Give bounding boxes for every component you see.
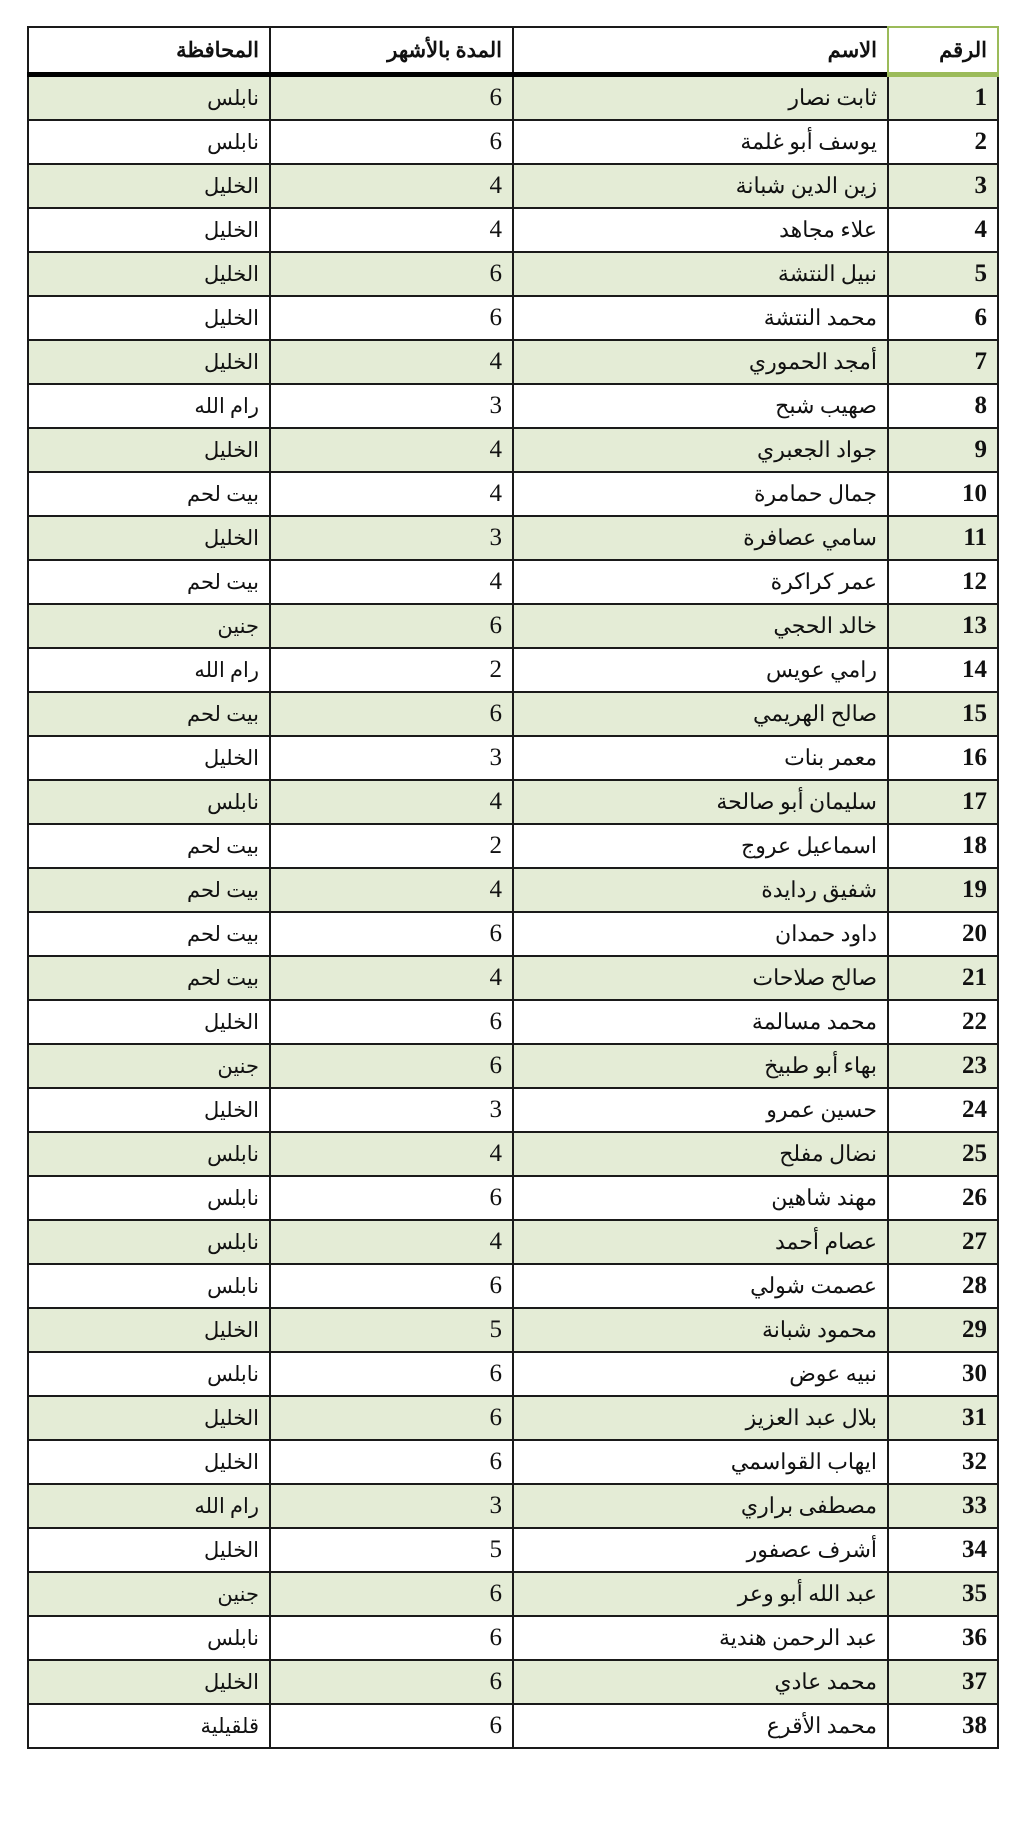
row-number-cell: 5: [888, 252, 998, 296]
row-name-cell: سليمان أبو صالحة: [513, 780, 888, 824]
row-name-cell: شفيق ردايدة: [513, 868, 888, 912]
row-number-cell: 26: [888, 1176, 998, 1220]
row-number-cell: 34: [888, 1528, 998, 1572]
table-row: 38محمد الأقرع6قلقيلية: [28, 1704, 998, 1748]
row-number-cell: 14: [888, 648, 998, 692]
row-governorate-cell: الخليل: [28, 1000, 270, 1044]
row-number-cell: 18: [888, 824, 998, 868]
table-row: 19شفيق ردايدة4بيت لحم: [28, 868, 998, 912]
row-number-cell: 1: [888, 75, 998, 121]
row-name-cell: عمر كراكرة: [513, 560, 888, 604]
row-governorate-cell: نابلس: [28, 120, 270, 164]
table-row: 11سامي عصافرة3الخليل: [28, 516, 998, 560]
row-governorate-cell: نابلس: [28, 780, 270, 824]
row-duration-cell: 6: [270, 1440, 513, 1484]
table-row: 10جمال حمامرة4بيت لحم: [28, 472, 998, 516]
row-duration-cell: 5: [270, 1528, 513, 1572]
row-name-cell: بهاء أبو طبيخ: [513, 1044, 888, 1088]
row-duration-cell: 2: [270, 824, 513, 868]
row-governorate-cell: الخليل: [28, 252, 270, 296]
row-duration-cell: 3: [270, 1484, 513, 1528]
row-name-cell: عبد الله أبو وعر: [513, 1572, 888, 1616]
row-duration-cell: 6: [270, 1264, 513, 1308]
row-number-cell: 23: [888, 1044, 998, 1088]
row-name-cell: عصمت شولي: [513, 1264, 888, 1308]
row-number-cell: 16: [888, 736, 998, 780]
row-number-cell: 21: [888, 956, 998, 1000]
row-governorate-cell: نابلس: [28, 1616, 270, 1660]
row-name-cell: بلال عبد العزيز: [513, 1396, 888, 1440]
row-number-cell: 38: [888, 1704, 998, 1748]
row-number-cell: 31: [888, 1396, 998, 1440]
row-governorate-cell: الخليل: [28, 1308, 270, 1352]
table-row: 23بهاء أبو طبيخ6جنين: [28, 1044, 998, 1088]
row-governorate-cell: بيت لحم: [28, 472, 270, 516]
row-number-cell: 30: [888, 1352, 998, 1396]
row-name-cell: خالد الحجي: [513, 604, 888, 648]
detainees-table: الرقم الاسم المدة بالأشهر المحافظة 1ثابت…: [27, 26, 999, 1749]
table-row: 35عبد الله أبو وعر6جنين: [28, 1572, 998, 1616]
table-body: 1ثابت نصار6نابلس2يوسف أبو غلمة6نابلس3زين…: [28, 75, 998, 1749]
row-number-cell: 20: [888, 912, 998, 956]
row-governorate-cell: جنين: [28, 604, 270, 648]
row-number-cell: 37: [888, 1660, 998, 1704]
row-governorate-cell: الخليل: [28, 1660, 270, 1704]
table-row: 29محمود شبانة5الخليل: [28, 1308, 998, 1352]
row-number-cell: 8: [888, 384, 998, 428]
table-row: 27عصام أحمد4نابلس: [28, 1220, 998, 1264]
row-name-cell: زين الدين شبانة: [513, 164, 888, 208]
row-number-cell: 9: [888, 428, 998, 472]
row-duration-cell: 4: [270, 560, 513, 604]
row-name-cell: جواد الجعبري: [513, 428, 888, 472]
table-row: 33مصطفى براري3رام الله: [28, 1484, 998, 1528]
row-governorate-cell: رام الله: [28, 648, 270, 692]
row-name-cell: نبيه عوض: [513, 1352, 888, 1396]
row-name-cell: صهيب شبح: [513, 384, 888, 428]
table-row: 1ثابت نصار6نابلس: [28, 75, 998, 121]
row-governorate-cell: الخليل: [28, 428, 270, 472]
row-duration-cell: 6: [270, 120, 513, 164]
row-governorate-cell: رام الله: [28, 1484, 270, 1528]
row-duration-cell: 6: [270, 1396, 513, 1440]
row-name-cell: يوسف أبو غلمة: [513, 120, 888, 164]
row-duration-cell: 3: [270, 516, 513, 560]
row-duration-cell: 2: [270, 648, 513, 692]
table-row: 9جواد الجعبري4الخليل: [28, 428, 998, 472]
row-governorate-cell: بيت لحم: [28, 868, 270, 912]
row-governorate-cell: نابلس: [28, 1264, 270, 1308]
table-row: 31بلال عبد العزيز6الخليل: [28, 1396, 998, 1440]
row-governorate-cell: جنين: [28, 1044, 270, 1088]
row-duration-cell: 6: [270, 1044, 513, 1088]
row-name-cell: معمر بنات: [513, 736, 888, 780]
row-name-cell: عبد الرحمن هندية: [513, 1616, 888, 1660]
row-number-cell: 24: [888, 1088, 998, 1132]
row-name-cell: اسماعيل عروج: [513, 824, 888, 868]
row-name-cell: ايهاب القواسمي: [513, 1440, 888, 1484]
row-name-cell: عصام أحمد: [513, 1220, 888, 1264]
row-duration-cell: 4: [270, 164, 513, 208]
table-header: الرقم الاسم المدة بالأشهر المحافظة: [28, 27, 998, 75]
table-row: 34أشرف عصفور5الخليل: [28, 1528, 998, 1572]
row-governorate-cell: بيت لحم: [28, 912, 270, 956]
row-governorate-cell: نابلس: [28, 1132, 270, 1176]
row-duration-cell: 3: [270, 736, 513, 780]
row-governorate-cell: الخليل: [28, 296, 270, 340]
table-row: 7أمجد الحموري4الخليل: [28, 340, 998, 384]
row-number-cell: 11: [888, 516, 998, 560]
row-duration-cell: 4: [270, 208, 513, 252]
row-governorate-cell: نابلس: [28, 1176, 270, 1220]
row-number-cell: 4: [888, 208, 998, 252]
row-duration-cell: 6: [270, 912, 513, 956]
table-row: 3زين الدين شبانة4الخليل: [28, 164, 998, 208]
table-row: 13خالد الحجي6جنين: [28, 604, 998, 648]
row-governorate-cell: رام الله: [28, 384, 270, 428]
row-number-cell: 2: [888, 120, 998, 164]
table-row: 17سليمان أبو صالحة4نابلس: [28, 780, 998, 824]
header-governorate: المحافظة: [28, 27, 270, 75]
row-number-cell: 27: [888, 1220, 998, 1264]
table-row: 16معمر بنات3الخليل: [28, 736, 998, 780]
table-row: 24حسين عمرو3الخليل: [28, 1088, 998, 1132]
row-name-cell: نبيل النتشة: [513, 252, 888, 296]
row-governorate-cell: الخليل: [28, 736, 270, 780]
row-number-cell: 3: [888, 164, 998, 208]
table-row: 8صهيب شبح3رام الله: [28, 384, 998, 428]
row-governorate-cell: نابلس: [28, 1352, 270, 1396]
row-number-cell: 25: [888, 1132, 998, 1176]
row-duration-cell: 4: [270, 340, 513, 384]
row-duration-cell: 4: [270, 472, 513, 516]
row-number-cell: 22: [888, 1000, 998, 1044]
row-name-cell: مصطفى براري: [513, 1484, 888, 1528]
row-duration-cell: 6: [270, 1572, 513, 1616]
row-governorate-cell: الخليل: [28, 1396, 270, 1440]
row-name-cell: سامي عصافرة: [513, 516, 888, 560]
row-governorate-cell: الخليل: [28, 1440, 270, 1484]
row-duration-cell: 3: [270, 1088, 513, 1132]
table-row: 5نبيل النتشة6الخليل: [28, 252, 998, 296]
row-name-cell: محمد عادي: [513, 1660, 888, 1704]
row-number-cell: 28: [888, 1264, 998, 1308]
row-duration-cell: 3: [270, 384, 513, 428]
row-governorate-cell: نابلس: [28, 75, 270, 121]
row-duration-cell: 6: [270, 1704, 513, 1748]
row-name-cell: محمد الأقرع: [513, 1704, 888, 1748]
row-governorate-cell: بيت لحم: [28, 824, 270, 868]
row-name-cell: رامي عويس: [513, 648, 888, 692]
table-row: 20داود حمدان6بيت لحم: [28, 912, 998, 956]
row-number-cell: 15: [888, 692, 998, 736]
row-name-cell: صالح صلاحات: [513, 956, 888, 1000]
row-governorate-cell: الخليل: [28, 516, 270, 560]
header-number: الرقم: [888, 27, 998, 75]
row-number-cell: 32: [888, 1440, 998, 1484]
row-number-cell: 7: [888, 340, 998, 384]
row-duration-cell: 6: [270, 75, 513, 121]
table-row: 25نضال مفلح4نابلس: [28, 1132, 998, 1176]
table-row: 18اسماعيل عروج2بيت لحم: [28, 824, 998, 868]
row-governorate-cell: جنين: [28, 1572, 270, 1616]
row-governorate-cell: الخليل: [28, 1528, 270, 1572]
row-governorate-cell: الخليل: [28, 164, 270, 208]
row-duration-cell: 4: [270, 1220, 513, 1264]
row-governorate-cell: بيت لحم: [28, 692, 270, 736]
row-duration-cell: 6: [270, 1352, 513, 1396]
row-name-cell: حسين عمرو: [513, 1088, 888, 1132]
row-name-cell: مهند شاهين: [513, 1176, 888, 1220]
row-name-cell: أمجد الحموري: [513, 340, 888, 384]
row-governorate-cell: الخليل: [28, 1088, 270, 1132]
row-duration-cell: 6: [270, 604, 513, 648]
row-name-cell: ثابت نصار: [513, 75, 888, 121]
table-row: 37محمد عادي6الخليل: [28, 1660, 998, 1704]
table-row: 26مهند شاهين6نابلس: [28, 1176, 998, 1220]
row-duration-cell: 4: [270, 1132, 513, 1176]
row-number-cell: 17: [888, 780, 998, 824]
row-duration-cell: 6: [270, 296, 513, 340]
row-duration-cell: 4: [270, 868, 513, 912]
table-row: 12عمر كراكرة4بيت لحم: [28, 560, 998, 604]
table-row: 32ايهاب القواسمي6الخليل: [28, 1440, 998, 1484]
row-name-cell: محمد النتشة: [513, 296, 888, 340]
table-row: 36عبد الرحمن هندية6نابلس: [28, 1616, 998, 1660]
row-name-cell: داود حمدان: [513, 912, 888, 956]
table-row: 6محمد النتشة6الخليل: [28, 296, 998, 340]
row-name-cell: علاء مجاهد: [513, 208, 888, 252]
table-row: 22محمد مسالمة6الخليل: [28, 1000, 998, 1044]
row-duration-cell: 6: [270, 252, 513, 296]
row-governorate-cell: الخليل: [28, 340, 270, 384]
table-row: 2يوسف أبو غلمة6نابلس: [28, 120, 998, 164]
row-duration-cell: 6: [270, 1000, 513, 1044]
row-name-cell: نضال مفلح: [513, 1132, 888, 1176]
row-name-cell: محمد مسالمة: [513, 1000, 888, 1044]
row-number-cell: 35: [888, 1572, 998, 1616]
row-duration-cell: 6: [270, 1176, 513, 1220]
row-name-cell: محمود شبانة: [513, 1308, 888, 1352]
table-row: 30نبيه عوض6نابلس: [28, 1352, 998, 1396]
row-governorate-cell: قلقيلية: [28, 1704, 270, 1748]
row-number-cell: 6: [888, 296, 998, 340]
table-row: 28عصمت شولي6نابلس: [28, 1264, 998, 1308]
row-number-cell: 36: [888, 1616, 998, 1660]
header-name: الاسم: [513, 27, 888, 75]
header-row: الرقم الاسم المدة بالأشهر المحافظة: [28, 27, 998, 75]
row-number-cell: 12: [888, 560, 998, 604]
table-row: 14رامي عويس2رام الله: [28, 648, 998, 692]
detainees-table-container: الرقم الاسم المدة بالأشهر المحافظة 1ثابت…: [27, 26, 997, 1749]
row-governorate-cell: نابلس: [28, 1220, 270, 1264]
row-duration-cell: 6: [270, 692, 513, 736]
row-governorate-cell: الخليل: [28, 208, 270, 252]
row-name-cell: جمال حمامرة: [513, 472, 888, 516]
table-row: 4علاء مجاهد4الخليل: [28, 208, 998, 252]
row-name-cell: أشرف عصفور: [513, 1528, 888, 1572]
header-duration: المدة بالأشهر: [270, 27, 513, 75]
row-duration-cell: 6: [270, 1616, 513, 1660]
row-governorate-cell: بيت لحم: [28, 956, 270, 1000]
row-duration-cell: 5: [270, 1308, 513, 1352]
row-duration-cell: 4: [270, 956, 513, 1000]
table-row: 15صالح الهريمي6بيت لحم: [28, 692, 998, 736]
row-number-cell: 33: [888, 1484, 998, 1528]
row-duration-cell: 6: [270, 1660, 513, 1704]
row-duration-cell: 4: [270, 428, 513, 472]
row-number-cell: 13: [888, 604, 998, 648]
row-number-cell: 29: [888, 1308, 998, 1352]
row-governorate-cell: بيت لحم: [28, 560, 270, 604]
row-number-cell: 19: [888, 868, 998, 912]
row-name-cell: صالح الهريمي: [513, 692, 888, 736]
row-duration-cell: 4: [270, 780, 513, 824]
row-number-cell: 10: [888, 472, 998, 516]
table-row: 21صالح صلاحات4بيت لحم: [28, 956, 998, 1000]
